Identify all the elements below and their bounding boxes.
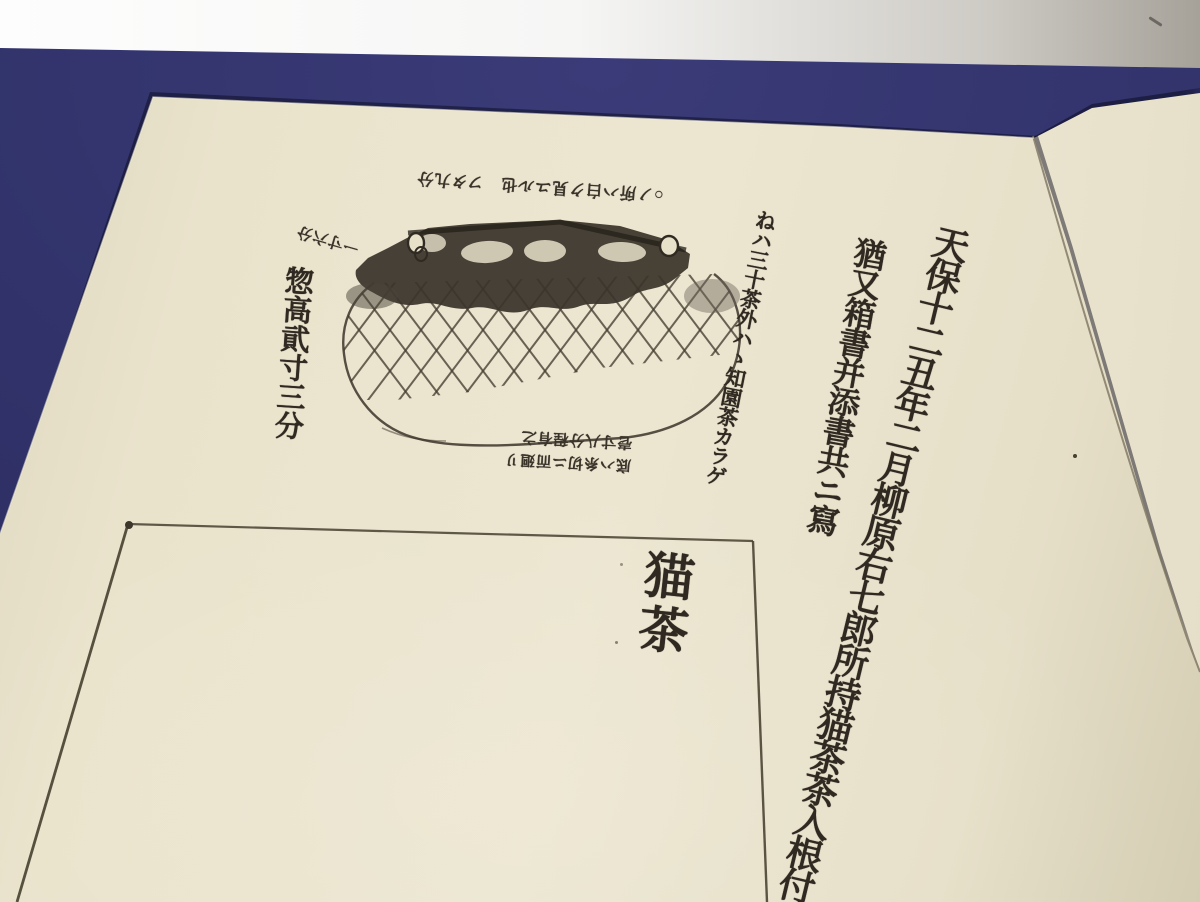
ink-speck [1073,454,1077,458]
museum-photo: 天保十二丑年二月柳原右七郎所持猫茶茶入根付 猶又箱書并添書共ニ寫 ねハ三十茶外ハ… [0,0,1200,902]
ink-speck [615,641,618,644]
ink-speck [620,563,623,566]
box-title-label: 猫茶 [621,546,704,661]
